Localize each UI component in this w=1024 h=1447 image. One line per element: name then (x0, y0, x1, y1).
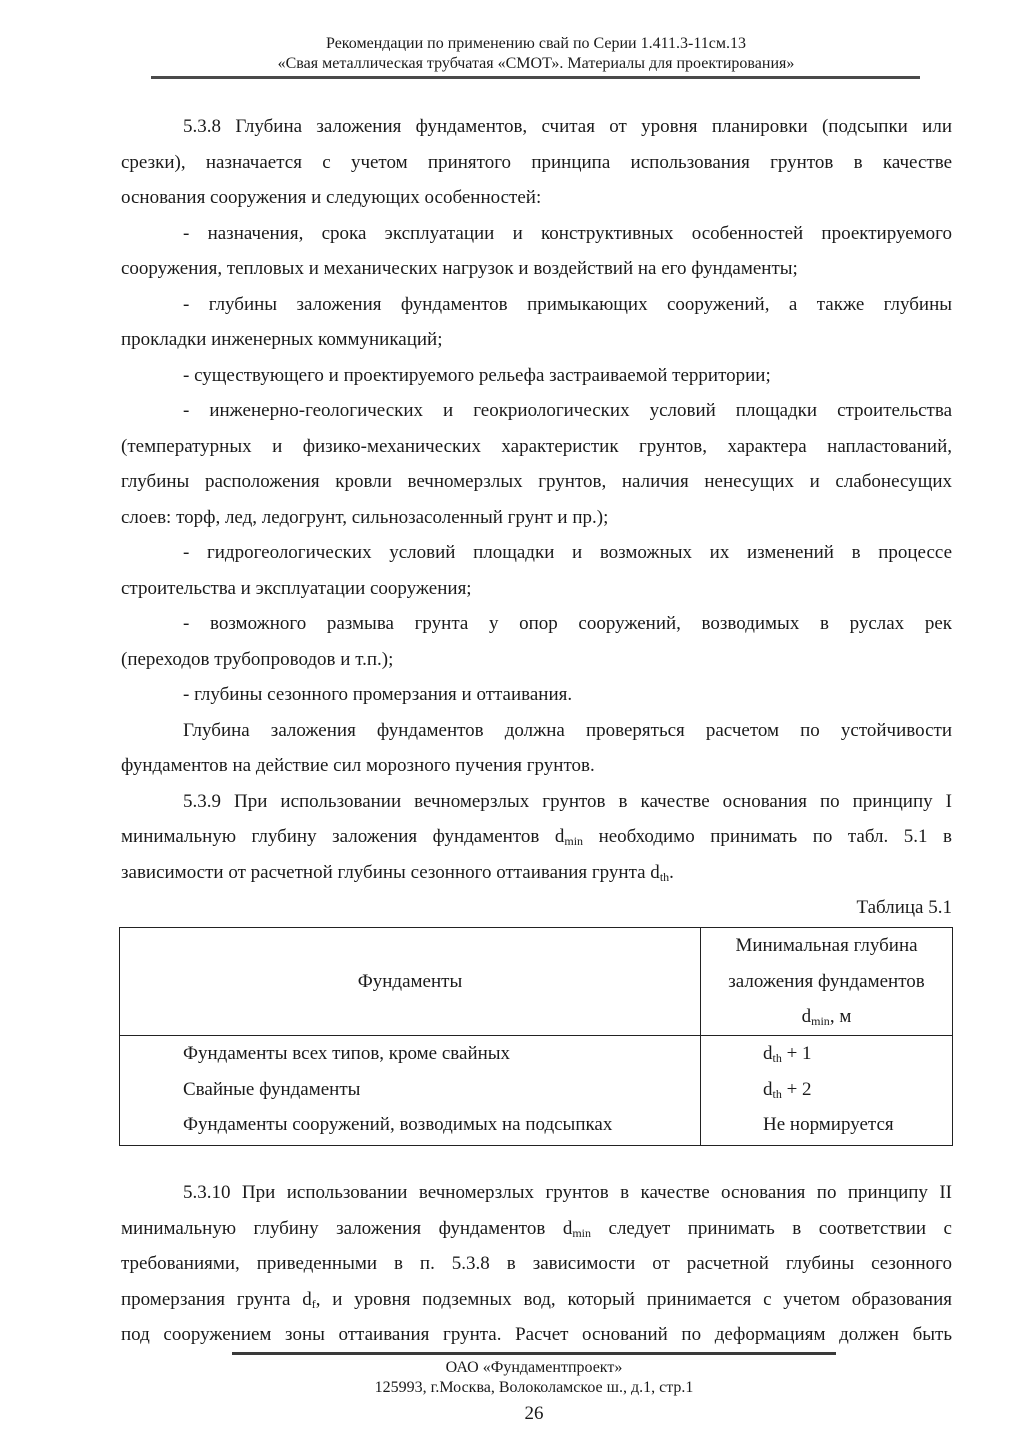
footer-organization: ОАО «Фундаментпроект» (232, 1358, 836, 1378)
paragraph-line: Глубина заложения фундаментов должна про… (121, 713, 952, 749)
page-number: 26 (232, 1403, 836, 1425)
table-row: Фундаменты сооружений, возводимых на под… (183, 1107, 700, 1143)
clause-538-line: основания сооружения и следующих особенн… (121, 180, 952, 216)
clause-5310-line: минимальную глубину заложения фундаменто… (121, 1211, 952, 1247)
table-row: Фундаменты всех типов, кроме свайных (183, 1036, 700, 1072)
column-header-min-depth: Минимальная глубина заложения фундаменто… (701, 928, 953, 1036)
clause-5310-line: требованиями, приведенными в п. 5.3.8 в … (121, 1246, 952, 1282)
clause-538-line: 5.3.8 Глубина заложения фундаментов, счи… (121, 109, 952, 145)
list-item-line: (переходов трубопроводов и т.п.); (121, 642, 952, 678)
clause-538-line: срезки), назначается с учетом принятого … (121, 145, 952, 181)
footer-address: 125993, г.Москва, Волоколамское ш., д.1,… (232, 1378, 836, 1398)
table-cell-min-depths: dth + 1 dth + 2 Не нормируется (701, 1036, 953, 1146)
list-item-line: слоев: торф, лед, ледогрунт, сильнозасол… (121, 500, 952, 536)
list-item-line: - инженерно-геологических и геокриологич… (121, 393, 952, 429)
list-item-line: - глубины заложения фундаментов примыкаю… (121, 287, 952, 323)
column-header-foundations: Фундаменты (120, 928, 701, 1036)
list-item-line: - гидрогеологических условий площадки и … (121, 535, 952, 571)
list-item-line: прокладки инженерных коммуникаций; (121, 322, 952, 358)
header-rule (151, 76, 920, 79)
clause-5310: 5.3.10 При использовании вечномерзлых гр… (121, 1175, 952, 1353)
header-title-line2: «Свая металлическая трубчатая «СМОТ». Ма… (150, 54, 922, 74)
header-title-line1: Рекомендации по применению свай по Серии… (150, 34, 922, 54)
clause-5310-line: промерзания грунта df, и уровня подземны… (121, 1282, 952, 1318)
list-item-line: - глубины сезонного промерзания и оттаив… (121, 677, 952, 713)
table-row: Свайные фундаменты (183, 1072, 700, 1108)
clause-539-line: зависимости от расчетной глубины сезонно… (121, 855, 952, 891)
running-footer: ОАО «Фундаментпроект» 125993, г.Москва, … (232, 1358, 836, 1398)
table-header-row: Фундаменты Минимальная глубина заложения… (120, 928, 953, 1036)
list-item-line: - возможного размыва грунта у опор соору… (121, 606, 952, 642)
list-item-line: строительства и эксплуатации сооружения; (121, 571, 952, 607)
list-item-line: сооружения, тепловых и механических нагр… (121, 251, 952, 287)
table-cell-foundation-types: Фундаменты всех типов, кроме свайных Сва… (120, 1036, 701, 1146)
running-header: Рекомендации по применению свай по Серии… (150, 34, 922, 74)
table-body-row: Фундаменты всех типов, кроме свайных Сва… (120, 1036, 953, 1146)
list-item-line: - существующего и проектируемого рельефа… (121, 358, 952, 394)
list-item-line: глубины расположения кровли вечномерзлых… (121, 464, 952, 500)
paragraph-line: фундаментов на действие сил морозного пу… (121, 748, 952, 784)
main-text: 5.3.8 Глубина заложения фундаментов, счи… (121, 109, 952, 926)
footer-rule (232, 1352, 836, 1355)
clause-539-line: 5.3.9 При использовании вечномерзлых гру… (121, 784, 952, 820)
clause-5310-line: 5.3.10 При использовании вечномерзлых гр… (121, 1175, 952, 1211)
table-caption: Таблица 5.1 (121, 890, 952, 926)
list-item-line: - назначения, срока эксплуатации и конст… (121, 216, 952, 252)
clause-5310-line: под сооружением зоны оттаивания грунта. … (121, 1317, 952, 1353)
clause-539-line: минимальную глубину заложения фундаменто… (121, 819, 952, 855)
table-5-1: Фундаменты Минимальная глубина заложения… (119, 927, 953, 1146)
list-item-line: (температурных и физико-механических хар… (121, 429, 952, 465)
